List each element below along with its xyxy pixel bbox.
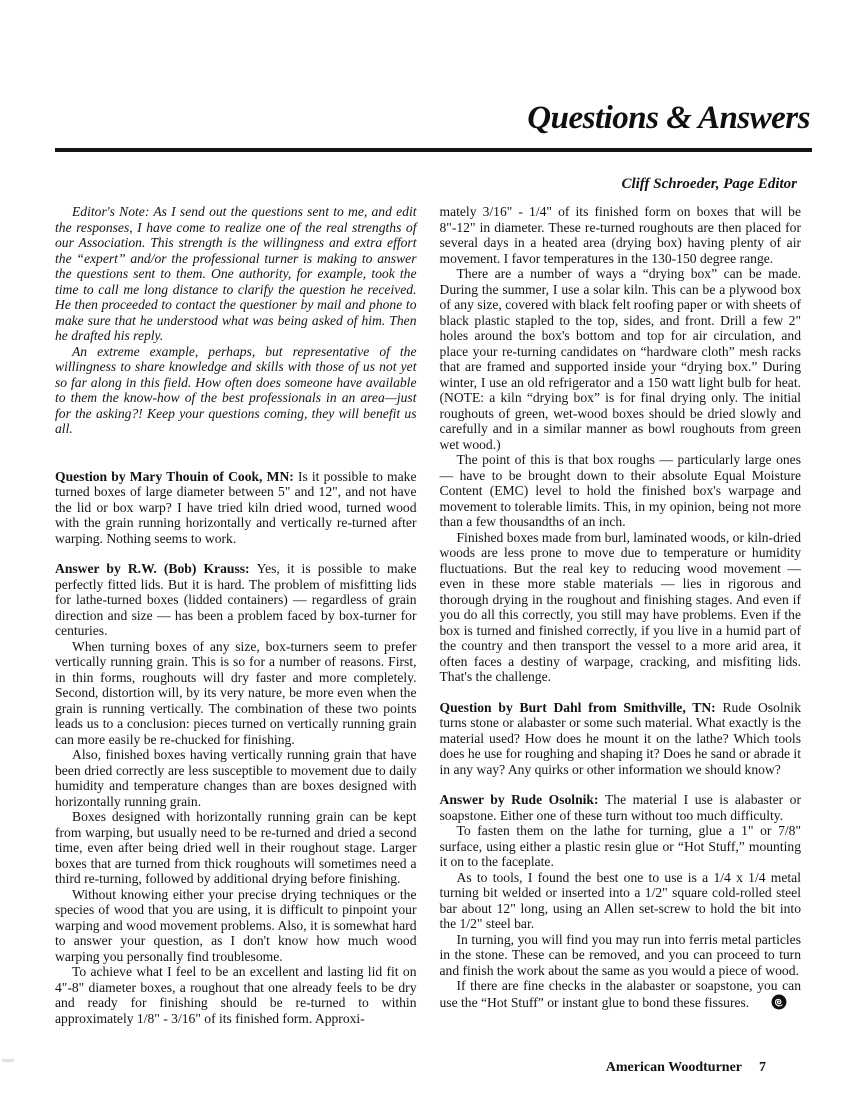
body-paragraph: Boxes designed with horizontally running…: [55, 809, 417, 887]
body-paragraph: The point of this is that box roughs — p…: [440, 452, 802, 530]
left-column: Editor's Note: As I send out the questio…: [55, 204, 417, 1066]
body-paragraph: Editor's Note: As I send out the questio…: [55, 204, 417, 344]
qa-lead: Answer by R.W. (Bob) Krauss:: [55, 561, 257, 576]
body-paragraph: As to tools, I found the best one to use…: [440, 870, 802, 932]
scan-artifact: [2, 1059, 14, 1062]
right-column: mately 3/16" - 1/4" of its finished form…: [440, 204, 802, 1066]
body-paragraph: There are a number of ways a “drying box…: [440, 266, 802, 452]
body-paragraph: mately 3/16" - 1/4" of its finished form…: [440, 204, 802, 266]
body-paragraph: Also, finished boxes having vertically r…: [55, 747, 417, 809]
body-paragraph: When turning boxes of any size, box-turn…: [55, 639, 417, 748]
journal-name: American Woodturner: [606, 1060, 742, 1075]
page-title: Questions & Answers: [527, 100, 810, 137]
title-rule: [55, 148, 812, 152]
question-paragraph: Question by Mary Thouin of Cook, MN: Is …: [55, 469, 417, 547]
two-column-body: Editor's Note: As I send out the questio…: [55, 204, 801, 1066]
end-of-article-spiral-icon: [754, 994, 787, 1010]
qa-lead: Answer by Rude Osolnik:: [440, 792, 606, 807]
body-paragraph: To achieve what I feel to be an excellen…: [55, 964, 417, 1026]
body-paragraph: Without knowing either your precise dryi…: [55, 887, 417, 965]
magazine-page: Questions & Answers Cliff Schroeder, Pag…: [0, 0, 850, 1100]
page-editor-byline: Cliff Schroeder, Page Editor: [621, 176, 797, 193]
body-paragraph: An extreme example, perhaps, but represe…: [55, 344, 417, 437]
qa-lead: Question by Mary Thouin of Cook, MN:: [55, 469, 298, 484]
answer-paragraph: Answer by R.W. (Bob) Krauss: Yes, it is …: [55, 561, 417, 639]
page-footer: American Woodturner7: [606, 1060, 766, 1076]
body-paragraph: If there are fine checks in the alabaste…: [440, 978, 802, 1010]
body-paragraph: Finished boxes made from burl, laminated…: [440, 530, 802, 685]
body-paragraph: To fasten them on the lathe for turning,…: [440, 823, 802, 870]
qa-lead: Question by Burt Dahl from Smithville, T…: [440, 700, 723, 715]
question-paragraph: Question by Burt Dahl from Smithville, T…: [440, 700, 802, 778]
page-number: 7: [759, 1060, 766, 1075]
answer-paragraph: Answer by Rude Osolnik: The material I u…: [440, 792, 802, 823]
body-paragraph: In turning, you will find you may run in…: [440, 932, 802, 979]
